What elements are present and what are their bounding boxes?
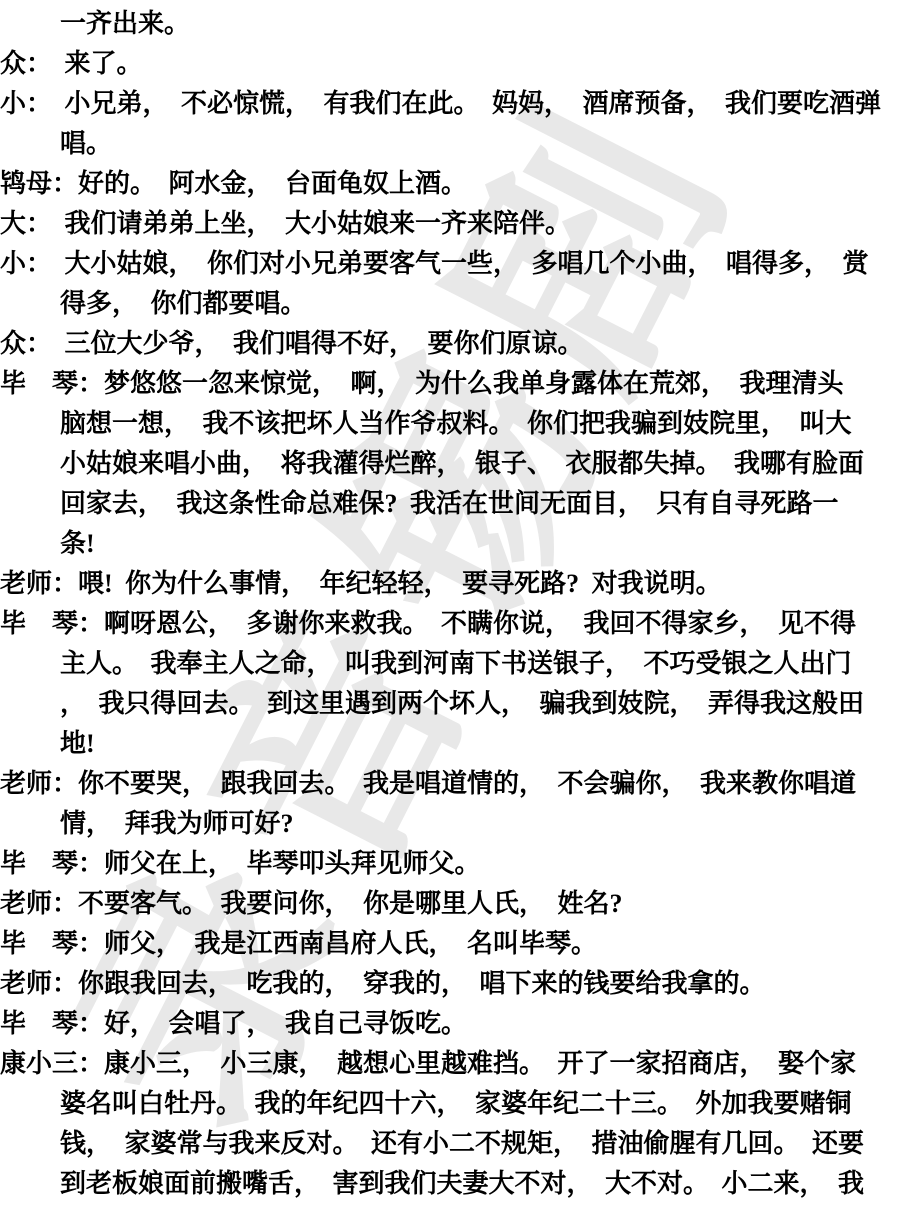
- script-line-continuation: 主人。 我奉主人之命， 叫我到河南下书送银子， 不巧受银之人出门: [0, 644, 900, 684]
- speaker-label: 毕 琴：: [0, 1009, 104, 1038]
- script-line: 康小三：康小三， 小三康， 越想心里越难挡。 开了一家招商店， 娶个家: [0, 1044, 900, 1084]
- script-line-continuation: 回家去， 我这条性命总难保? 我活在世间无面目， 只有自寻死路一: [0, 484, 900, 524]
- dialogue-text: 来了。: [52, 49, 143, 78]
- script-line: 大： 我们请弟弟上坐， 大小姑娘来一齐来陪伴。: [0, 204, 900, 244]
- speaker-label: 老师：: [0, 969, 78, 998]
- speaker-label: 康小三：: [0, 1049, 104, 1078]
- script-line: 老师：喂! 你为什么事情， 年纪轻轻， 要寻死路? 对我说明。: [0, 564, 900, 604]
- dialogue-text: 小兄弟， 不必惊慌， 有我们在此。 妈妈， 酒席预备， 我们要吃酒弹: [52, 89, 881, 118]
- dialogue-text: 我们请弟弟上坐， 大小姑娘来一齐来陪伴。: [52, 209, 571, 238]
- dialogue-text: 回家去， 我这条性命总难保? 我活在世间无面目， 只有自寻死路一: [60, 489, 839, 518]
- dialogue-text: 一齐出来。: [60, 9, 190, 38]
- speaker-label: 毕 琴：: [0, 369, 104, 398]
- dialogue-text: 唱。: [60, 129, 112, 158]
- speaker-label: 老师：: [0, 889, 78, 918]
- script-line-continuation: 情， 拜我为师可好?: [0, 804, 900, 844]
- dialogue-text: 三位大少爷， 我们唱得不好， 要你们原谅。: [52, 329, 584, 358]
- dialogue-text: 脑想一想， 我不该把坏人当作爷叔料。 你们把我骗到妓院里， 叫大: [60, 409, 852, 438]
- dialogue-text: 不要客气。 我要问你， 你是哪里人氏， 姓名?: [78, 889, 623, 918]
- dialogue-text: 喂! 你为什么事情， 年纪轻轻， 要寻死路? 对我说明。: [78, 569, 722, 598]
- speaker-label: 众：: [0, 49, 52, 78]
- dialogue-text: 条!: [60, 529, 95, 558]
- dialogue-text: 大小姑娘， 你们对小兄弟要客气一些， 多唱几个小曲， 唱得多， 赏: [52, 249, 869, 278]
- script-line: 毕 琴：师父， 我是江西南昌府人氏， 名叫毕琴。: [0, 924, 900, 964]
- dialogue-text: 钱， 家婆常与我来反对。 还有小二不规矩， 措油偷腥有几回。 还要: [60, 1129, 864, 1158]
- script-line: 毕 琴：师父在上， 毕琴叩头拜见师父。: [0, 844, 900, 884]
- dialogue-text: 得多， 你们都要唱。: [60, 289, 307, 318]
- dialogue-text: 你跟我回去， 吃我的， 穿我的， 唱下来的钱要给我拿的。: [78, 969, 766, 998]
- script-line-continuation: 条!: [0, 524, 900, 564]
- dialogue-text: 啊呀恩公， 多谢你来救我。 不瞒你说， 我回不得家乡， 见不得: [104, 609, 856, 638]
- script-line-continuation: ， 我只得回去。 到这里遇到两个坏人， 骗我到妓院， 弄得我这般田: [0, 684, 900, 724]
- script-line: 老师：你跟我回去， 吃我的， 穿我的， 唱下来的钱要给我拿的。: [0, 964, 900, 1004]
- speaker-label: 毕 琴：: [0, 929, 104, 958]
- script-line: 毕 琴：啊呀恩公， 多谢你来救我。 不瞒你说， 我回不得家乡， 见不得: [0, 604, 900, 644]
- dialogue-text: 好， 会唱了， 我自己寻饭吃。: [104, 1009, 467, 1038]
- dialogue-text: 主人。 我奉主人之命， 叫我到河南下书送银子， 不巧受银之人出门: [60, 649, 852, 678]
- dialogue-text: 康小三， 小三康， 越想心里越难挡。 开了一家招商店， 娶个家: [104, 1049, 856, 1078]
- script-line: 小： 小兄弟， 不必惊慌， 有我们在此。 妈妈， 酒席预备， 我们要吃酒弹: [0, 84, 900, 124]
- script-line-continuation: 地!: [0, 724, 900, 764]
- script-line-continuation: 唱。: [0, 124, 900, 164]
- script-line-continuation: 小姑娘来唱小曲， 将我灌得烂醉， 银子、 衣服都失掉。 我哪有脸面: [0, 444, 900, 484]
- speaker-label: 老师：: [0, 569, 78, 598]
- speaker-label: 小：: [0, 89, 52, 118]
- dialogue-text: ， 我只得回去。 到这里遇到两个坏人， 骗我到妓院， 弄得我这般田: [60, 689, 864, 718]
- speaker-label: 毕 琴：: [0, 849, 104, 878]
- script-line: 众： 三位大少爷， 我们唱得不好， 要你们原谅。: [0, 324, 900, 364]
- speaker-label: 众：: [0, 329, 52, 358]
- speaker-label: 毕 琴：: [0, 609, 104, 638]
- script-line-continuation: 钱， 家婆常与我来反对。 还有小二不规矩， 措油偷腥有几回。 还要: [0, 1124, 900, 1164]
- dialogue-text: 师父在上， 毕琴叩头拜见师父。: [104, 849, 481, 878]
- dialogue-text: 你不要哭， 跟我回去。 我是唱道情的， 不会骗你， 我来教你唱道: [78, 769, 856, 798]
- dialogue-text: 好的。 阿水金， 台面龟奴上酒。: [78, 169, 467, 198]
- script-line-continuation: 一齐出来。: [0, 4, 900, 44]
- speaker-label: 老师：: [0, 769, 78, 798]
- script-line-continuation: 到老板娘面前搬嘴舌， 害到我们夫妻大不对， 大不对。 小二来， 我: [0, 1164, 900, 1204]
- script-line: 老师：不要客气。 我要问你， 你是哪里人氏， 姓名?: [0, 884, 900, 924]
- dialogue-text: 梦悠悠一忽来惊觉， 啊， 为什么我单身露体在荒郊， 我理清头: [104, 369, 844, 398]
- dialogue-text: 地!: [60, 729, 95, 758]
- speaker-label: 小：: [0, 249, 52, 278]
- dialogue-text: 婆名叫白牡丹。 我的年纪四十六， 家婆年纪二十三。 外加我要赌铜: [60, 1089, 852, 1118]
- script-line: 毕 琴：梦悠悠一忽来惊觉， 啊， 为什么我单身露体在荒郊， 我理清头: [0, 364, 900, 404]
- dialogue-text: 小姑娘来唱小曲， 将我灌得烂醉， 银子、 衣服都失掉。 我哪有脸面: [60, 449, 864, 478]
- dialogue-text: 情， 拜我为师可好?: [60, 809, 294, 838]
- speaker-label: 鸨母：: [0, 169, 78, 198]
- script-line: 老师：你不要哭， 跟我回去。 我是唱道情的， 不会骗你， 我来教你唱道: [0, 764, 900, 804]
- speaker-label: 大：: [0, 209, 52, 238]
- script-line: 毕 琴：好， 会唱了， 我自己寻饭吃。: [0, 1004, 900, 1044]
- script-line-continuation: 脑想一想， 我不该把坏人当作爷叔料。 你们把我骗到妓院里， 叫大: [0, 404, 900, 444]
- script-line: 众： 来了。: [0, 44, 900, 84]
- dialogue-text: 师父， 我是江西南昌府人氏， 名叫毕琴。: [104, 929, 597, 958]
- script-line-continuation: 婆名叫白牡丹。 我的年纪四十六， 家婆年纪二十三。 外加我要赌铜: [0, 1084, 900, 1124]
- script-line-continuation: 得多， 你们都要唱。: [0, 284, 900, 324]
- script-line: 鸨母：好的。 阿水金， 台面龟奴上酒。: [0, 164, 900, 204]
- script-line: 小： 大小姑娘， 你们对小兄弟要客气一些， 多唱几个小曲， 唱得多， 赏: [0, 244, 900, 284]
- script-page: 一齐出来。众： 来了。小： 小兄弟， 不必惊慌， 有我们在此。 妈妈， 酒席预备…: [0, 0, 900, 1205]
- dialogue-text: 到老板娘面前搬嘴舌， 害到我们夫妻大不对， 大不对。 小二来， 我: [60, 1169, 864, 1198]
